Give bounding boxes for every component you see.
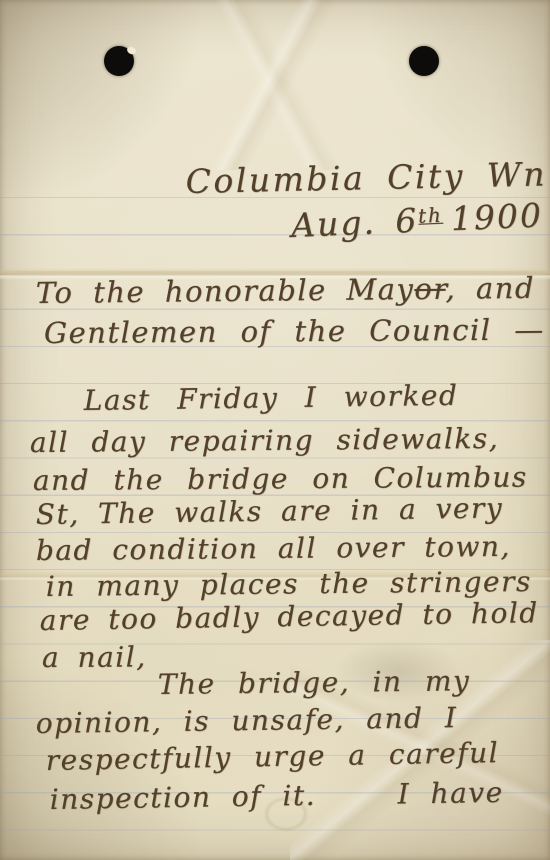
salutation-text-after: , and <box>445 271 535 306</box>
body-line: respectfully urge a careful <box>45 736 499 777</box>
salutation-line-2: Gentlemen of the Council — <box>44 313 545 350</box>
date-line: Aug. 6th1900 <box>290 195 543 245</box>
struck-out-text: or <box>414 272 445 306</box>
body-line: St, The walks are in a very <box>36 491 504 531</box>
body-line: opinion, is unsafe, and I <box>36 701 458 740</box>
place-line: Columbia City Wn. <box>185 154 550 201</box>
letter-body: Columbia City Wn. Aug. 6th1900 To the ho… <box>0 0 550 860</box>
body-line: all day repairing sidewalks, <box>30 422 500 459</box>
salutation-line-1: To the honorable Mayor, and <box>36 271 535 310</box>
date-prefix: Aug. 6 <box>290 201 419 245</box>
body-line: are too badly decayed to hold <box>39 596 538 637</box>
salutation-text: To the honorable May <box>36 272 415 310</box>
body-line: inspection of it. I have <box>49 776 503 816</box>
body-line: a nail, <box>42 640 147 674</box>
body-line: bad condition all over town, <box>36 530 511 567</box>
body-line: The bridge, in my <box>158 664 471 701</box>
date-ordinal-suffix: th <box>418 204 444 228</box>
body-line: Last Friday I worked <box>84 379 459 417</box>
date-year: 1900 <box>450 195 544 238</box>
scanned-letter-page: Columbia City Wn. Aug. 6th1900 To the ho… <box>0 0 550 860</box>
